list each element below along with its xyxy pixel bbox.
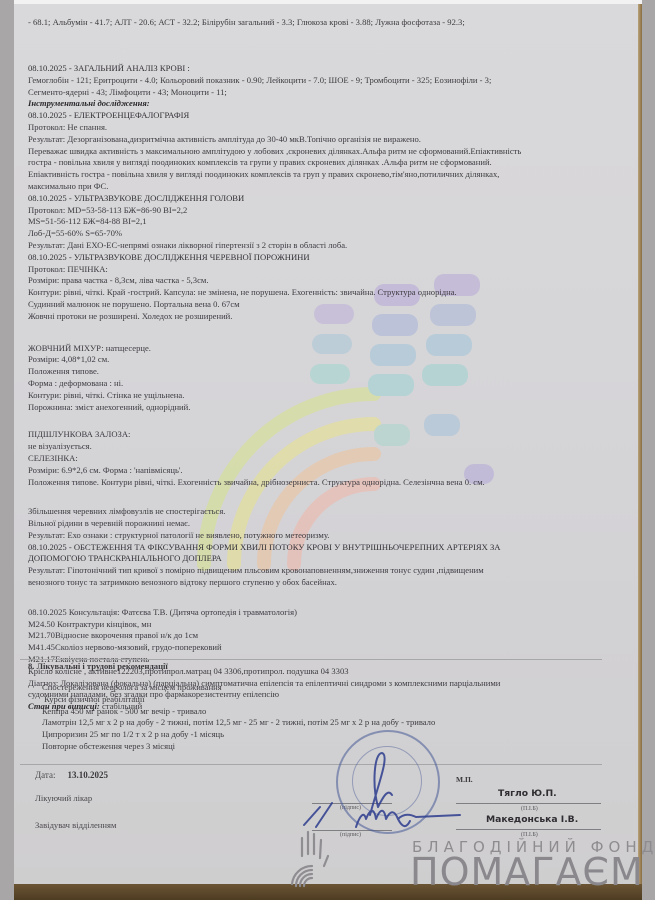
eeg-section: 08.10.2025 - ЕЛЕКТРОЕНЦЕФАЛОГРАФІЯ Прото… bbox=[28, 110, 598, 193]
eeg-line: Епіактивність гостра - повільна хвиля у … bbox=[28, 169, 598, 181]
liver-line: Контури: рівні, чіткі. Край -гострий. Ка… bbox=[28, 287, 598, 299]
blood-test-section: 08.10.2025 - ЗАГАЛЬНИЙ АНАЛІЗ КРОВІ : Ге… bbox=[28, 63, 598, 98]
recommendations-title: 8. Лікувальні і трудові рекомендації bbox=[28, 661, 168, 671]
recommendation-item: Кеппра 450 мг ранок - 500 мг вечір - три… bbox=[42, 706, 435, 718]
recommendation-item: Ламотрін 12,5 мг х 2 р на добу - 2 тижні… bbox=[42, 717, 435, 729]
eeg-line: максимально при ФС. bbox=[28, 181, 598, 193]
abdomen-other-line: Результат: Ехо ознаки : структурної пато… bbox=[28, 530, 598, 542]
recommendation-item: Курси фізичної реабілітації bbox=[42, 694, 435, 706]
abdomen-other-line: Збільшення черевних лімфовузлів не спост… bbox=[28, 506, 598, 518]
gallbladder-line: Форма : деформована : ні. bbox=[28, 378, 598, 390]
doppler-section: 08.10.2025 - ОБСТЕЖЕННЯ ТА ФІКСУВАННЯ ФО… bbox=[28, 542, 598, 589]
instrumental-heading: Інструментальні дослідження: bbox=[28, 98, 598, 110]
fund-logo-title: ПОМАГАЄМ bbox=[410, 852, 644, 892]
pancreas-spleen-line: ПІДШЛУНКОВА ЗАЛОЗА: bbox=[28, 429, 598, 441]
consultation-line: M24.50 Контрактури кінцівок, мн bbox=[28, 619, 598, 631]
consultation-line: 08.10.2025 Консультація: Фатєєва Т.В. (Д… bbox=[28, 607, 598, 619]
head-ultrasound-section: 08.10.2025 - УЛЬТРАЗВУКОВЕ ДОСЛІДЖЕННЯ Г… bbox=[28, 193, 598, 252]
consultation-line: M21.70Відносне вкорочення правої н/к до … bbox=[28, 630, 598, 642]
head-ultrasound-line: Протокол: MD=53-58-113 БЖ=86-90 BI=2,2 bbox=[28, 205, 598, 217]
head-ultrasound-line: MS=51-56-112 БЖ=84-88 BI=2,1 bbox=[28, 216, 598, 228]
gallbladder-line: Розміри: 4,08*1,02 см. bbox=[28, 354, 598, 366]
paper-edge bbox=[638, 4, 642, 888]
doppler-line: Результат: Гіпотонічний тип кривої з пом… bbox=[28, 565, 598, 577]
doppler-heading: 08.10.2025 - ОБСТЕЖЕННЯ ТА ФІКСУВАННЯ ФО… bbox=[28, 542, 598, 554]
gallbladder-line: ЖОВЧНИЙ МІХУР: натщесерце. bbox=[28, 343, 598, 355]
blood-test-heading: 08.10.2025 - ЗАГАЛЬНИЙ АНАЛІЗ КРОВІ : bbox=[28, 63, 598, 75]
head-ultrasound-line: Результат: Дані ЕХО-ЕС-непрямі ознаки лі… bbox=[28, 240, 598, 252]
doppler-line: венозного тонус та затримкою венозного в… bbox=[28, 577, 598, 589]
divider bbox=[20, 659, 602, 660]
eeg-line: Переважає швидка активність з максимальн… bbox=[28, 146, 598, 158]
blood-test-line: Гемоглобін - 121; Еритроцити - 4.0; Коль… bbox=[28, 75, 598, 87]
recommendations-list: Спостереження невролога за місцем прожив… bbox=[42, 682, 435, 753]
gallbladder-line: Положення типове. bbox=[28, 366, 598, 378]
liver-line: Розміри: права частка - 8,3см, ліва част… bbox=[28, 275, 598, 287]
liver-line: Судинний малюнок не порушено. Портальна … bbox=[28, 299, 598, 311]
recommendation-item: Спостереження невролога за місцем прожив… bbox=[42, 682, 435, 694]
fingerprint-hand-icon bbox=[288, 826, 330, 890]
eeg-line: гостра - повільна хвиля у вигляді поодин… bbox=[28, 157, 598, 169]
document-body: - 68.1; Альбумін - 41.7; АЛТ - 20.6; АСТ… bbox=[28, 0, 598, 713]
liver-line: Жовчні протоки не розширені. Холедох не … bbox=[28, 311, 598, 323]
head-ultrasound-line: Лоб-Д=55-60% S=65-70% bbox=[28, 228, 598, 240]
divider bbox=[20, 764, 602, 765]
abdomen-other-line: Вільної рідини в черевній порожнині нема… bbox=[28, 518, 598, 530]
abdomen-ultrasound-section: 08.10.2025 - УЛЬТРАЗВУКОВЕ ДОСЛІДЖЕННЯ Ч… bbox=[28, 252, 598, 542]
doppler-heading: ДОПОМОГОЮ ТРАНСКРАНІАЛЬНОГО ДОПЛЕРА bbox=[28, 553, 598, 565]
pancreas-spleen-line: СЕЛЕЗІНКА: bbox=[28, 453, 598, 465]
blood-test-line: Сегменто-ядерні - 43; Лімфоцити - 43; Мо… bbox=[28, 87, 598, 99]
lab-results-tail-block: - 68.1; Альбумін - 41.7; АЛТ - 20.6; АСТ… bbox=[28, 0, 598, 63]
lab-results-tail: - 68.1; Альбумін - 41.7; АЛТ - 20.6; АСТ… bbox=[28, 17, 598, 29]
recommendation-item: Ципроризин 25 мг по 1/2 т х 2 р на добу … bbox=[42, 729, 435, 741]
gallbladder-line: Порожнина: зміст анехогенний, однорідний… bbox=[28, 402, 598, 414]
pancreas-spleen-line: Розміри: 6.9*2,6 см. Форма : 'напівмісяц… bbox=[28, 465, 598, 477]
consultation-line: M41.45Сколіоз нервово-мязовий, грудо-поп… bbox=[28, 642, 598, 654]
recommendation-item: Повторне обстеження через 3 місяці bbox=[42, 741, 435, 753]
gallbladder-line: Контури: рівні, чіткі. Стінка не ущільне… bbox=[28, 390, 598, 402]
pancreas-spleen-line: Положення типове. Контури рівні, чіткі. … bbox=[28, 477, 598, 489]
head-ultrasound-heading: 08.10.2025 - УЛЬТРАЗВУКОВЕ ДОСЛІДЖЕННЯ Г… bbox=[28, 193, 598, 205]
eeg-heading: 08.10.2025 - ЕЛЕКТРОЕНЦЕФАЛОГРАФІЯ bbox=[28, 110, 598, 122]
pancreas-spleen-line: не візуалізується. bbox=[28, 441, 598, 453]
eeg-protocol: Протокол: Не спання. bbox=[28, 122, 598, 134]
liver-line: Протокол: ПЕЧІНКА: bbox=[28, 264, 598, 276]
eeg-line: Результат: Дезорганізована,дизритмічна а… bbox=[28, 134, 598, 146]
abdomen-ultrasound-heading: 08.10.2025 - УЛЬТРАЗВУКОВЕ ДОСЛІДЖЕННЯ Ч… bbox=[28, 252, 598, 264]
